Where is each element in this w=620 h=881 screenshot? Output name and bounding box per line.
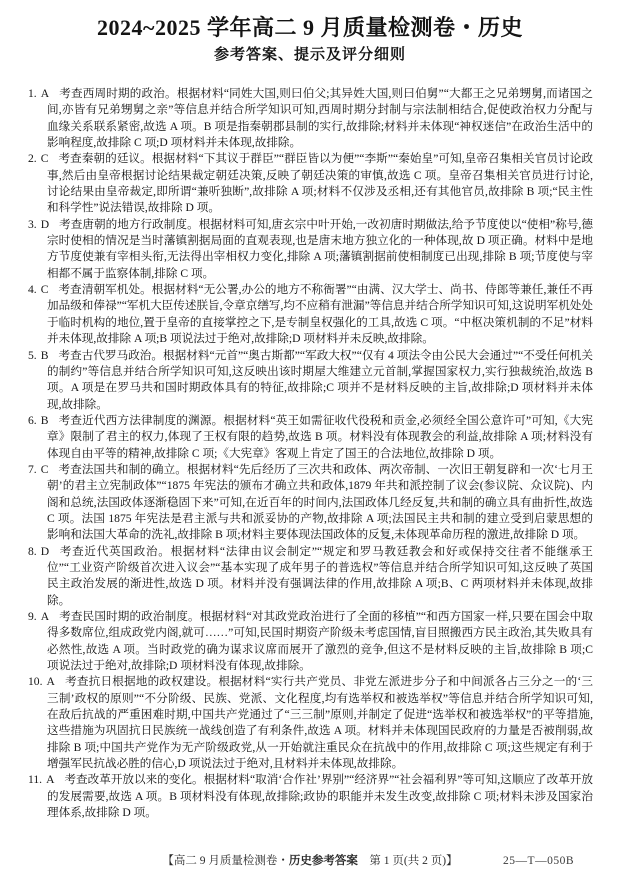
answer-number: 11.: [28, 773, 42, 786]
answer-number: 4.: [28, 283, 37, 296]
answer-choice: A: [47, 675, 55, 688]
answer-item-11: 11.A考查改革开放以来的变化。根据材料“取消‘合作社’界别”“经济界”“社会福…: [28, 772, 593, 821]
answer-number: 10.: [28, 675, 43, 688]
answer-choice: A: [41, 610, 49, 623]
answer-item-4: 4.C考查清朝军机处。根据材料“无公署,办公的地方不称衙署”“由满、汉大学士、尚…: [28, 282, 593, 347]
footer-page-info: 第 1 页(共 2 页)】: [358, 855, 458, 867]
answer-number: 5.: [28, 349, 37, 362]
page-title: 2024~2025 学年高二 9 月质量检测卷・历史: [0, 14, 620, 41]
answer-item-3: 3.D考查唐朝的地方行政制度。根据材料可知,唐玄宗中叶开始,一改初唐时期做法,给…: [28, 217, 593, 282]
answer-number: 9.: [28, 610, 37, 623]
answer-number: 1.: [28, 87, 37, 100]
answer-choice: A: [46, 773, 54, 786]
page-header: 2024~2025 学年高二 9 月质量检测卷・历史 参考答案、提示及评分细则: [0, 0, 620, 65]
footer-caption-bold: 历史参考答案: [289, 855, 358, 867]
answer-explanation: 考查古代罗马政治。根据材料“元首”“奥古斯都”“军政大权”“仅有 4 项法令由公…: [47, 349, 593, 411]
answer-item-7: 7.C考查法国共和制的确立。根据材料“先后经历了三次共和政体、两次帝制、一次旧王…: [28, 462, 593, 544]
answer-choice: C: [41, 283, 49, 296]
answer-explanation: 考查秦朝的廷议。根据材料“下其议于群臣”“群臣皆以为便”“李斯”“秦始皇”可知,…: [47, 152, 593, 214]
answer-number: 8.: [28, 545, 37, 558]
answer-item-10: 10.A考查抗日根据地的政权建设。根据材料“实行共产党员、非党左派进步分子和中间…: [28, 674, 593, 772]
answer-item-5: 5.B考查古代罗马政治。根据材料“元首”“奥古斯都”“军政大权”“仅有 4 项法…: [28, 348, 593, 413]
answer-number: 6.: [28, 414, 37, 427]
answer-explanation: 考查近代西方法律制度的渊源。根据材料“英王如需征收代役税和贡金,必须经全国公意许…: [47, 414, 593, 460]
paper-code: 25—T—050B: [503, 854, 574, 869]
answer-explanation: 考查民国时期的政治制度。根据材料“对其政党政治进行了全面的移植”“和西方国家一样…: [47, 610, 593, 672]
answer-explanation: 考查近代英国政治。根据材料“法律由议会制定”“规定和罗马教廷教会和好或保持交往者…: [47, 545, 593, 607]
answer-explanation: 考查清朝军机处。根据材料“无公署,办公的地方不称衙署”“由满、汉大学士、尚书、侍…: [47, 283, 593, 345]
answer-item-2: 2.C考查秦朝的廷议。根据材料“下其议于群臣”“群臣皆以为便”“李斯”“秦始皇”…: [28, 151, 593, 216]
answer-key-page: 2024~2025 学年高二 9 月质量检测卷・历史 参考答案、提示及评分细则 …: [0, 0, 620, 881]
answer-explanation: 考查法国共和制的确立。根据材料“先后经历了三次共和政体、两次帝制、一次旧王朝复辟…: [47, 463, 593, 541]
answer-choice: C: [41, 152, 49, 165]
answer-explanation: 考查抗日根据地的政权建设。根据材料“实行共产党员、非党左派进步分子和中间派各占三…: [47, 675, 593, 770]
answer-explanation: 考查唐朝的地方行政制度。根据材料可知,唐玄宗中叶开始,一改初唐时期做法,给予节度…: [47, 218, 593, 280]
answer-item-1: 1.A考查西周时期的政治。根据材料“同姓大国,则曰伯父;其异姓大国,则曰伯舅”“…: [28, 86, 593, 151]
footer-caption-left: 【高二 9 月质量检测卷・: [162, 855, 289, 867]
answer-choice: B: [41, 349, 49, 362]
answer-number: 7.: [28, 463, 37, 476]
answer-explanation: 考查西周时期的政治。根据材料“同姓大国,则曰伯父;其异姓大国,则曰伯舅”“大都王…: [47, 87, 593, 149]
answer-choice: B: [41, 414, 49, 427]
page-subtitle: 参考答案、提示及评分细则: [0, 45, 620, 65]
answer-item-6: 6.B考查近代西方法律制度的渊源。根据材料“英王如需征收代役税和贡金,必须经全国…: [28, 413, 593, 462]
answer-choice: A: [41, 87, 49, 100]
answer-choice: D: [41, 545, 49, 558]
answer-number: 2.: [28, 152, 37, 165]
page-footer: 【高二 9 月质量检测卷・历史参考答案 第 1 页(共 2 页)】 25—T—0…: [0, 854, 620, 869]
answer-number: 3.: [28, 218, 37, 231]
answer-item-9: 9.A考查民国时期的政治制度。根据材料“对其政党政治进行了全面的移植”“和西方国…: [28, 609, 593, 674]
answer-choice: C: [41, 463, 49, 476]
answer-item-8: 8.D考查近代英国政治。根据材料“法律由议会制定”“规定和罗马教廷教会和好或保持…: [28, 544, 593, 609]
answers-list: 1.A考查西周时期的政治。根据材料“同姓大国,则曰伯父;其异姓大国,则曰伯舅”“…: [28, 86, 593, 821]
answer-explanation: 考查改革开放以来的变化。根据材料“取消‘合作社’界别”“经济界”“社会福利界”等…: [47, 773, 593, 819]
answer-choice: D: [41, 218, 49, 231]
